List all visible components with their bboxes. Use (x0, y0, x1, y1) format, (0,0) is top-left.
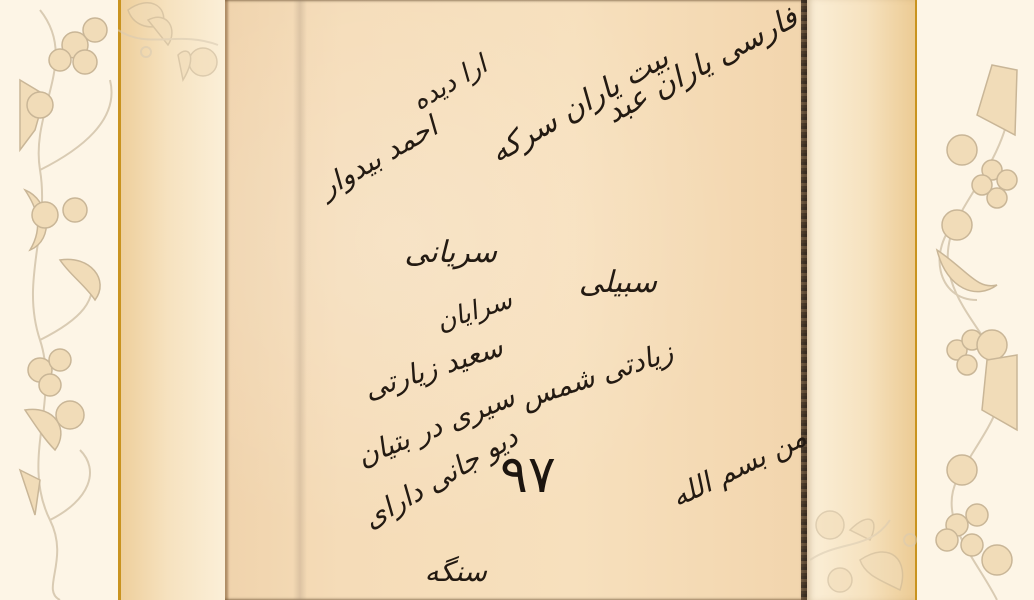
manuscript-line: زیادتی شمس (517, 335, 677, 415)
page-crease (293, 0, 307, 600)
floral-ornament-icon (917, 0, 1034, 600)
left-floral-border (0, 0, 118, 600)
right-floral-border (917, 0, 1034, 600)
manuscript-line: سبیلی (579, 265, 657, 300)
manuscript-line: سریانی (404, 235, 497, 270)
manuscript-line: احمد بیدوار (314, 110, 444, 204)
manuscript-line: سرایان (433, 285, 516, 338)
manuscript-line: سنگه (425, 555, 487, 588)
floral-corner-ornament-icon (118, 0, 228, 90)
manuscript-line: ارا دیده (407, 50, 492, 117)
left-shaded-margin (121, 0, 225, 600)
manuscript-line: من بسم الله (666, 420, 807, 514)
floral-corner-ornament-icon (810, 500, 930, 600)
manuscript-page: فارسی یاران عبد بیت یاران سرکه ارا دیده … (225, 0, 807, 600)
page-number: ۹۷ (500, 445, 556, 505)
